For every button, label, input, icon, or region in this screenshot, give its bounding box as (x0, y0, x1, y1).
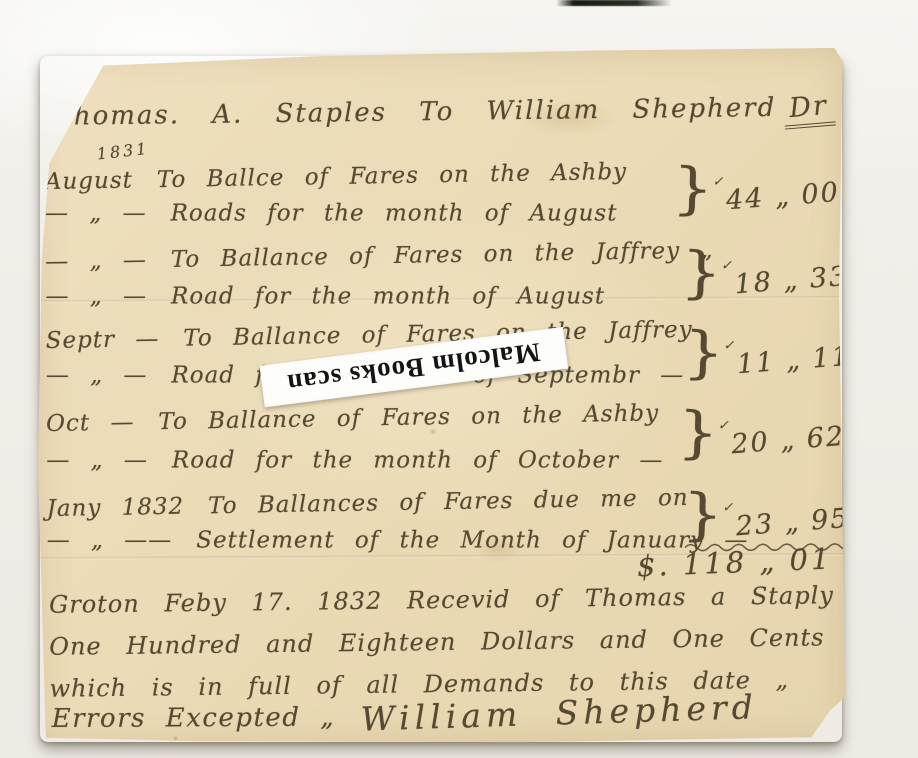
amount-group: } ✓ 20 „ 62 – (680, 404, 871, 463)
amount-value: 18 „ 33 – (733, 259, 875, 300)
row-date: Jany 1832 (46, 494, 184, 522)
row-date: Oct — (46, 409, 135, 437)
check-icon: ✓ (722, 500, 733, 515)
ledger-row: — „ —Roads for the month of August (45, 200, 693, 226)
row-text: Road for the month of October — (172, 447, 664, 473)
receipt-place-line: Groton Feby 17. 1832 Recevid of Thomas a… (49, 581, 837, 619)
row-date: Septr — (45, 326, 159, 354)
amount-value: 20 „ 62 – (730, 419, 872, 460)
row-date: — „ — (46, 362, 148, 388)
receipt-paper: Thomas. A. Staples To William Shepherd D… (34, 48, 848, 746)
row-date: — „ — (45, 283, 147, 309)
row-date: August (45, 167, 133, 195)
closing-text: Errors Excepted „ (52, 703, 336, 734)
scanner-edge-mark (556, 0, 672, 6)
ledger-row: AugustTo Ballce of Fares on the Ashby (45, 158, 693, 195)
brace-mark: } (680, 244, 723, 303)
document-title: Thomas. A. Staples To William Shepherd (54, 93, 784, 132)
ledger-row: Oct —To Ballance of Fares on the Ashby (46, 400, 694, 437)
total-amount: $. 118 „ 01 (636, 542, 833, 584)
brace-mark: } (682, 324, 725, 383)
row-date: — „ — (45, 247, 147, 275)
row-text: To Ballance of Fares on the Jaffrey „ (171, 237, 714, 272)
row-date: — „ — (45, 200, 147, 226)
row-text: To Ballce of Fares on the Ashby (157, 159, 628, 193)
check-icon: ✓ (723, 338, 734, 353)
check-icon: ✓ (721, 258, 732, 273)
receipt-amount-line: One Hundred and Eighteen Dollars and One… (49, 623, 837, 661)
ledger-row: — „ —Road for the month of October — (46, 447, 694, 473)
amount-group: } ✓ 11 „ 11 – (686, 324, 877, 383)
signature: William Shepherd (361, 687, 759, 738)
amount-value: 44 „ 00 – (725, 175, 867, 216)
ledger-row: — „ —Road for the month of August (45, 283, 693, 309)
scanned-document-page: Thomas. A. Staples To William Shepherd D… (0, 0, 918, 758)
ledger-row: — „ —To Ballance of Fares on the Jaffrey… (45, 238, 693, 275)
row-text: To Ballances of Fares due me on (208, 485, 689, 519)
brace-mark: } (677, 404, 720, 463)
row-date: — „ — (46, 447, 148, 473)
ledger-row: Septr —To Ballance of Fares on the Jaffr… (45, 317, 693, 354)
amount-group: } ✓ 44 „ 00 – (675, 160, 866, 219)
ledger-row: — „ ——Settlement of the Month of January… (47, 527, 695, 553)
row-text: To Ballance of Fares on the Ashby (158, 400, 659, 435)
check-icon: ✓ (712, 175, 723, 190)
brace-mark: } (671, 160, 714, 219)
ledger-row: Jany 1832To Ballances of Fares due me on (46, 485, 694, 522)
signature-row: Errors Excepted „ William Shepherd (52, 692, 840, 735)
check-icon: ✓ (718, 418, 729, 433)
row-text: Road for the month of August (171, 283, 605, 309)
document-title-line: Thomas. A. Staples To William Shepherd D… (54, 91, 840, 137)
debtor-mark: Dr (783, 90, 836, 130)
row-text: Roads for the month of August (171, 200, 618, 226)
year-note: 1831 (96, 139, 150, 164)
amount-group: } ✓ 18 „ 33 – (683, 244, 874, 303)
amount-value: 11 „ 11 – (735, 339, 877, 380)
row-date: — „ —— (47, 527, 173, 553)
